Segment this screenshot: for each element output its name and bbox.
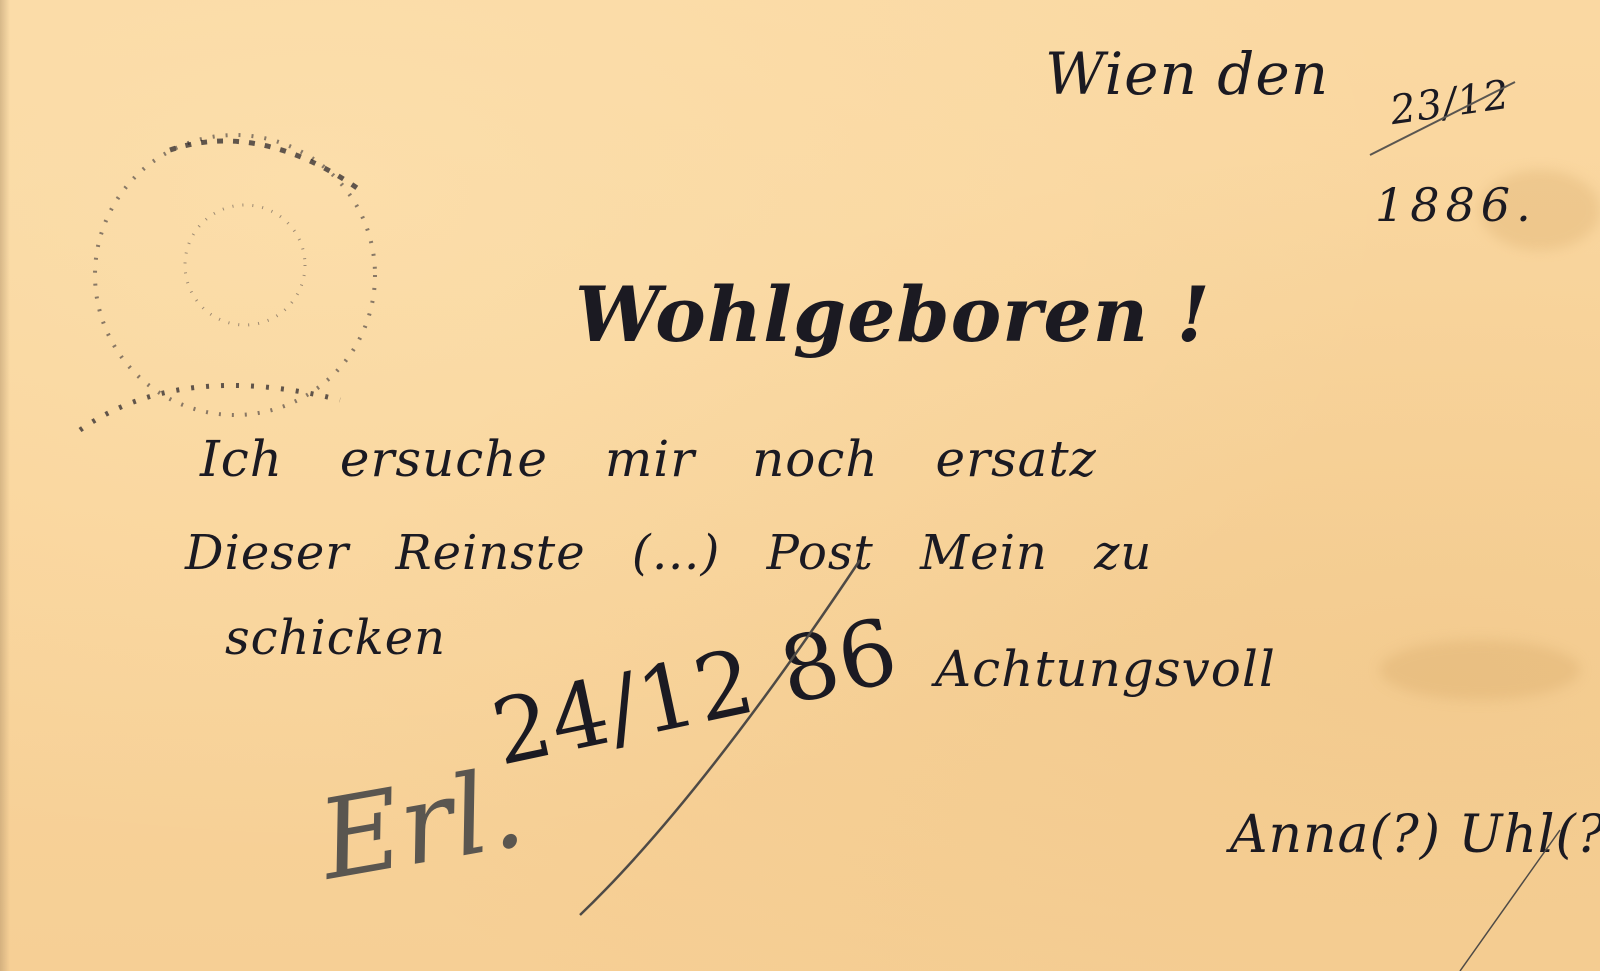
pencil-stroke [0, 0, 1600, 971]
postcard: [illegible postmark] Wien den 23/12 1886… [0, 0, 1600, 971]
